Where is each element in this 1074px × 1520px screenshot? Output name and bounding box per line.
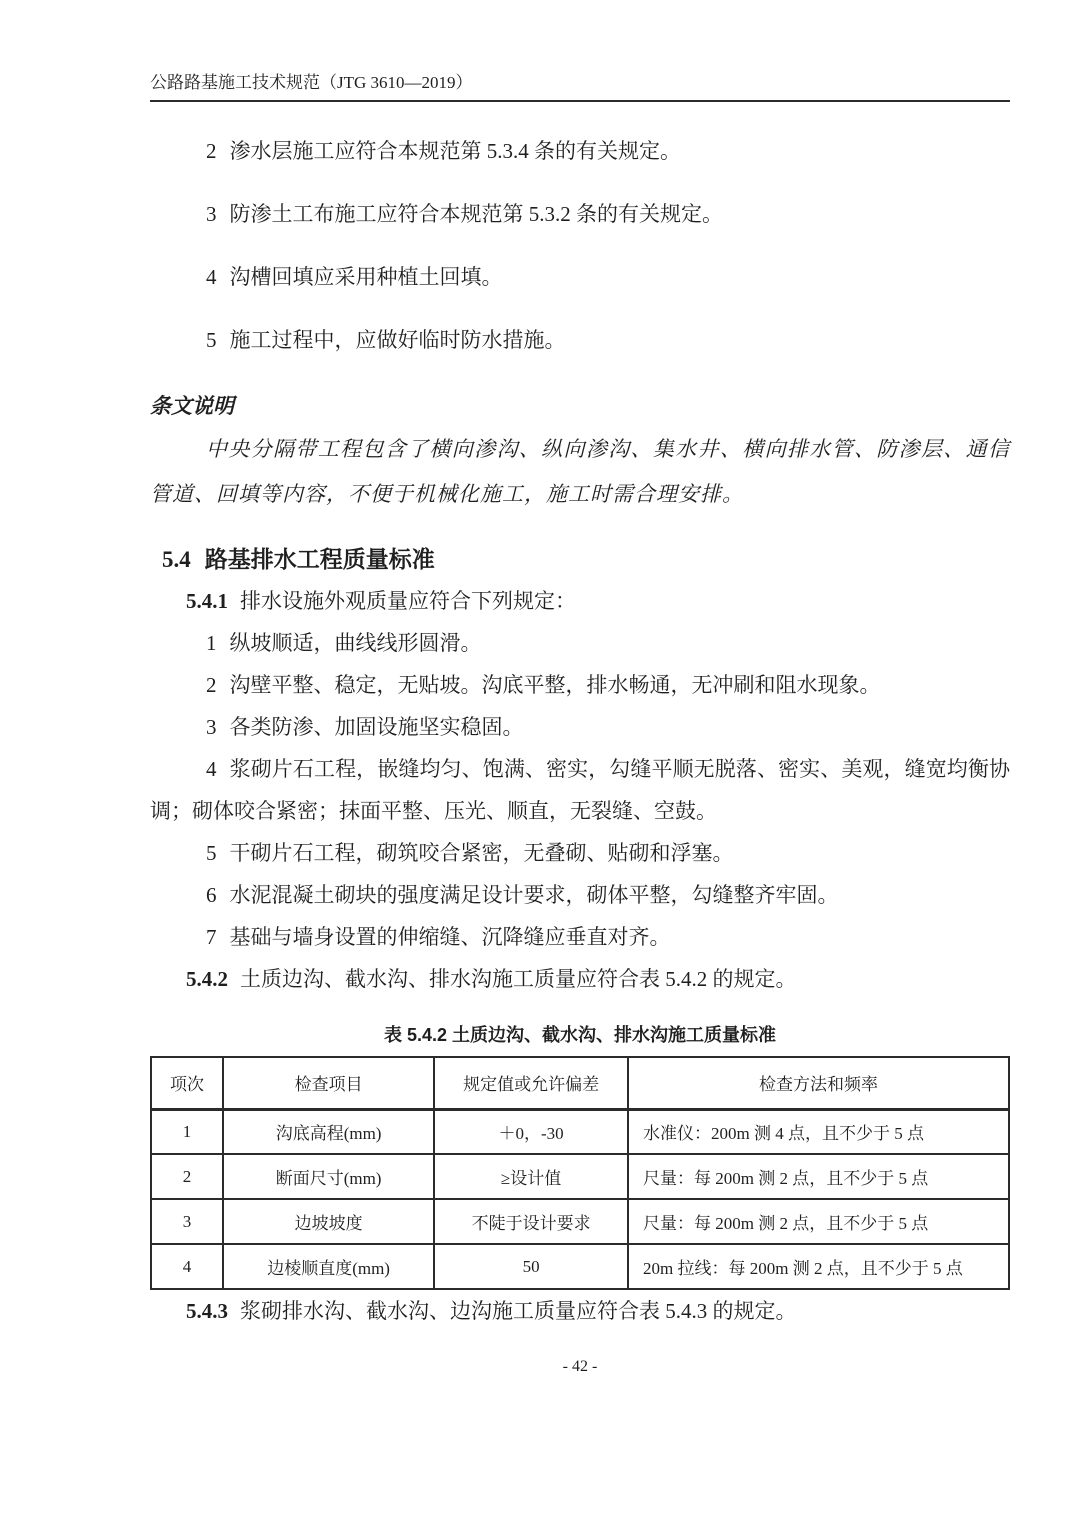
clause-text: 土质边沟、截水沟、排水沟施工质量应符合表 5.4.2 的规定。: [240, 967, 797, 991]
list-item: 2沟壁平整、稳定，无贴坡。沟底平整，排水畅通，无冲刷和阻水现象。: [150, 664, 1010, 706]
item-number: 7: [206, 925, 217, 949]
cell-index: 3: [151, 1199, 223, 1244]
table-5-4-2: 项次 检查项目 规定值或允许偏差 检查方法和频率 1 沟底高程(mm) ＋0，-…: [150, 1056, 1010, 1290]
item-number: 3: [206, 715, 217, 739]
clause-text: 排水设施外观质量应符合下列规定：: [240, 589, 576, 613]
section-number: 5.4: [162, 547, 191, 572]
cell-index: 2: [151, 1154, 223, 1199]
table-row: 2 断面尺寸(mm) ≥设计值 尺量：每 200m 测 2 点，且不少于 5 点: [151, 1154, 1009, 1199]
cell-item: 边坡坡度: [223, 1199, 434, 1244]
item-number: 5: [206, 328, 217, 352]
item-number: 2: [206, 139, 217, 163]
header-cell-method: 检查方法和频率: [628, 1057, 1009, 1109]
list-item: 4沟槽回填应采用种植土回填。: [150, 256, 1010, 298]
item-text: 防渗土工布施工应符合本规范第 5.3.2 条的有关规定。: [230, 202, 724, 226]
item-text: 基础与墙身设置的伸缩缝、沉降缝应垂直对齐。: [230, 925, 671, 949]
appearance-requirements-list: 1纵坡顺适，曲线线形圆滑。 2沟壁平整、稳定，无贴坡。沟底平整，排水畅通，无冲刷…: [150, 622, 1010, 958]
cell-item: 边棱顺直度(mm): [223, 1244, 434, 1289]
clause-5-4-3: 5.4.3浆砌排水沟、截水沟、边沟施工质量应符合表 5.4.3 的规定。: [150, 1290, 1010, 1332]
table-row: 4 边棱顺直度(mm) 50 20m 拉线：每 200m 测 2 点，且不少于 …: [151, 1244, 1009, 1289]
item-text: 沟壁平整、稳定，无贴坡。沟底平整，排水畅通，无冲刷和阻水现象。: [230, 673, 881, 697]
page-number: - 42 -: [150, 1356, 1010, 1378]
cell-index: 1: [151, 1109, 223, 1154]
item-text: 施工过程中，应做好临时防水措施。: [230, 328, 566, 352]
item-number: 4: [206, 265, 217, 289]
item-text: 各类防渗、加固设施坚实稳固。: [230, 715, 524, 739]
clause-5-4-2: 5.4.2土质边沟、截水沟、排水沟施工质量应符合表 5.4.2 的规定。: [150, 958, 1010, 1000]
item-text: 水泥混凝土砌块的强度满足设计要求，砌体平整，勾缝整齐牢固。: [230, 883, 839, 907]
document-page: 公路路基施工技术规范（JTG 3610—2019） 2渗水层施工应符合本规范第 …: [0, 0, 1074, 1520]
list-item: 3各类防渗、加固设施坚实稳固。: [150, 706, 1010, 748]
cell-tolerance: ≥设计值: [434, 1154, 628, 1199]
clause-number: 5.4.1: [186, 589, 228, 613]
list-item: 6水泥混凝土砌块的强度满足设计要求，砌体平整，勾缝整齐牢固。: [150, 874, 1010, 916]
cell-tolerance: 50: [434, 1244, 628, 1289]
item-text: 浆砌片石工程，嵌缝均匀、饱满、密实，勾缝平顺无脱落、密实、美观，缝宽均衡协调；砌…: [150, 757, 1010, 823]
list-item: 4浆砌片石工程，嵌缝均匀、饱满、密实，勾缝平顺无脱落、密实、美观，缝宽均衡协调；…: [150, 748, 1010, 832]
list-item: 1纵坡顺适，曲线线形圆滑。: [150, 622, 1010, 664]
section-title: 路基排水工程质量标准: [205, 546, 435, 572]
item-text: 纵坡顺适，曲线线形圆滑。: [230, 631, 482, 655]
list-item: 3防渗土工布施工应符合本规范第 5.3.2 条的有关规定。: [150, 193, 1010, 235]
cell-method: 水准仪：200m 测 4 点，且不少于 5 点: [628, 1109, 1009, 1154]
commentary-title: 条文说明: [150, 385, 1010, 427]
item-text: 沟槽回填应采用种植土回填。: [230, 265, 503, 289]
page-header: 公路路基施工技术规范（JTG 3610—2019）: [150, 0, 1010, 102]
section-heading-5-4: 5.4路基排水工程质量标准: [150, 539, 1010, 580]
clause-number: 5.4.2: [186, 967, 228, 991]
clause-5-4-1: 5.4.1排水设施外观质量应符合下列规定：: [150, 580, 1010, 622]
header-cell-item: 检查项目: [223, 1057, 434, 1109]
item-number: 5: [206, 841, 217, 865]
cell-method: 尺量：每 200m 测 2 点，且不少于 5 点: [628, 1154, 1009, 1199]
item-number: 3: [206, 202, 217, 226]
header-cell-index: 项次: [151, 1057, 223, 1109]
cell-method: 尺量：每 200m 测 2 点，且不少于 5 点: [628, 1199, 1009, 1244]
cell-method: 20m 拉线：每 200m 测 2 点，且不少于 5 点: [628, 1244, 1009, 1289]
item-number: 2: [206, 673, 217, 697]
item-number: 4: [206, 757, 217, 781]
clause-number: 5.4.3: [186, 1299, 228, 1323]
cell-tolerance: 不陡于设计要求: [434, 1199, 628, 1244]
cell-tolerance: ＋0，-30: [434, 1109, 628, 1154]
table-row: 3 边坡坡度 不陡于设计要求 尺量：每 200m 测 2 点，且不少于 5 点: [151, 1199, 1009, 1244]
list-item: 5干砌片石工程，砌筑咬合紧密，无叠砌、贴砌和浮塞。: [150, 832, 1010, 874]
cell-item: 沟底高程(mm): [223, 1109, 434, 1154]
header-cell-tolerance: 规定值或允许偏差: [434, 1057, 628, 1109]
commentary-paragraph: 中央分隔带工程包含了横向渗沟、纵向渗沟、集水井、横向排水管、防渗层、通信管道、回…: [150, 427, 1010, 517]
list-item: 5施工过程中，应做好临时防水措施。: [150, 319, 1010, 361]
clause-text: 浆砌排水沟、截水沟、边沟施工质量应符合表 5.4.3 的规定。: [240, 1299, 797, 1323]
cell-index: 4: [151, 1244, 223, 1289]
intro-list: 2渗水层施工应符合本规范第 5.3.4 条的有关规定。 3防渗土工布施工应符合本…: [150, 130, 1010, 361]
list-item: 7基础与墙身设置的伸缩缝、沉降缝应垂直对齐。: [150, 916, 1010, 958]
item-text: 渗水层施工应符合本规范第 5.3.4 条的有关规定。: [230, 139, 682, 163]
table-header-row: 项次 检查项目 规定值或允许偏差 检查方法和频率: [151, 1057, 1009, 1109]
table-5-4-2-caption: 表 5.4.2 土质边沟、截水沟、排水沟施工质量标准: [150, 1022, 1010, 1048]
commentary-section: 条文说明 中央分隔带工程包含了横向渗沟、纵向渗沟、集水井、横向排水管、防渗层、通…: [150, 385, 1010, 517]
cell-item: 断面尺寸(mm): [223, 1154, 434, 1199]
table-row: 1 沟底高程(mm) ＋0，-30 水准仪：200m 测 4 点，且不少于 5 …: [151, 1109, 1009, 1154]
list-item: 2渗水层施工应符合本规范第 5.3.4 条的有关规定。: [150, 130, 1010, 172]
item-number: 6: [206, 883, 217, 907]
item-text: 干砌片石工程，砌筑咬合紧密，无叠砌、贴砌和浮塞。: [230, 841, 734, 865]
running-head-title: 公路路基施工技术规范（JTG 3610—2019）: [150, 72, 1010, 102]
item-number: 1: [206, 631, 217, 655]
